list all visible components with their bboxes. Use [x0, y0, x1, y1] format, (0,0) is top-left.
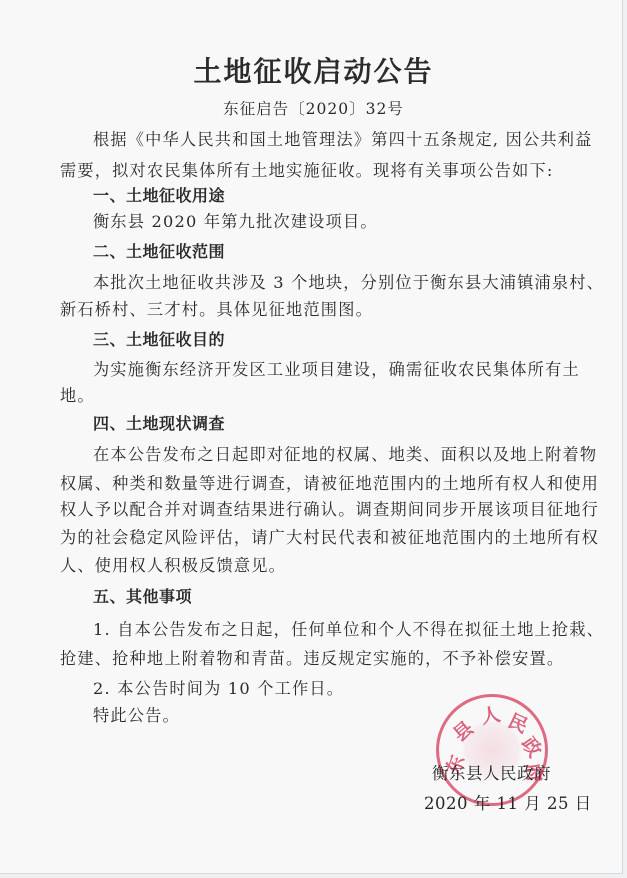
section-1-line-1: 衡东县 2020 年第九批次建设项目。 — [93, 212, 378, 232]
section-heading-3: 三、土地征收目的 — [93, 330, 225, 350]
seal-char: 人 — [479, 700, 502, 730]
section-3-line-2: 地。 — [60, 386, 95, 406]
intro-line-2: 需要，拟对农民集体所有土地实施征收。现将有关事项公告如下: — [60, 161, 554, 181]
section-heading-4: 四、土地现状调查 — [93, 414, 225, 434]
section-heading-2: 二、土地征收范围 — [93, 242, 225, 262]
section-2-line-1: 本批次土地征收共涉及 3 个地块，分别位于衡东县大浦镇浦泉村、 — [93, 273, 604, 293]
section-2-line-2: 新石桥村、三才村。具体见征地范围图。 — [60, 300, 373, 320]
section-4-line-2: 权属、种类和数量等进行调查，请被征地范围内的土地所有权人和使用 — [60, 474, 599, 494]
issuer-name: 衡东县人民政府 — [432, 760, 551, 784]
section-5-item-2: 2. 本公告时间为 10 个工作日。 — [93, 679, 344, 699]
section-4-line-5: 人、使用权人积极反馈意见。 — [60, 556, 286, 576]
intro-line-1: 根据《中华人民共和国土地管理法》第四十五条规定, 因公共利益 — [93, 130, 593, 150]
section-5-item-1-line-1: 1. 自本公告发布之日起，任何单位和个人不得在拟征土地上抢栽、 — [93, 620, 604, 640]
issue-date: 2020 年 11 月 25 日 — [424, 790, 592, 814]
section-5-item-1-line-2: 抢建、抢种地上附着物和青苗。违反规定实施的，不予补偿安置。 — [60, 649, 564, 669]
document-page: 土地征收启动公告 东征启告〔2020〕32号 根据《中华人民共和国土地管理法》第… — [0, 0, 623, 874]
section-heading-5: 五、其他事项 — [93, 587, 192, 607]
section-4-line-4: 为的社会稳定风险评估，请广大村民代表和被征地范围内的土地所有权 — [60, 528, 599, 548]
document-title: 土地征收启动公告 — [0, 50, 627, 90]
section-3-line-1: 为实施衡东经济开发区工业项目建设，确需征收农民集体所有土 — [93, 360, 580, 380]
section-4-line-3: 权人予以配合并对调查结果进行确认。调查期间同步开展该项目征地行 — [60, 500, 599, 520]
closing-statement: 特此公告。 — [93, 706, 180, 726]
document-number: 东征启告〔2020〕32号 — [0, 97, 627, 119]
section-4-line-1: 在本公告发布之日起即对征地的权属、地类、面积以及地上附着物 — [93, 445, 597, 465]
section-heading-1: 一、土地征收用途 — [93, 186, 225, 206]
